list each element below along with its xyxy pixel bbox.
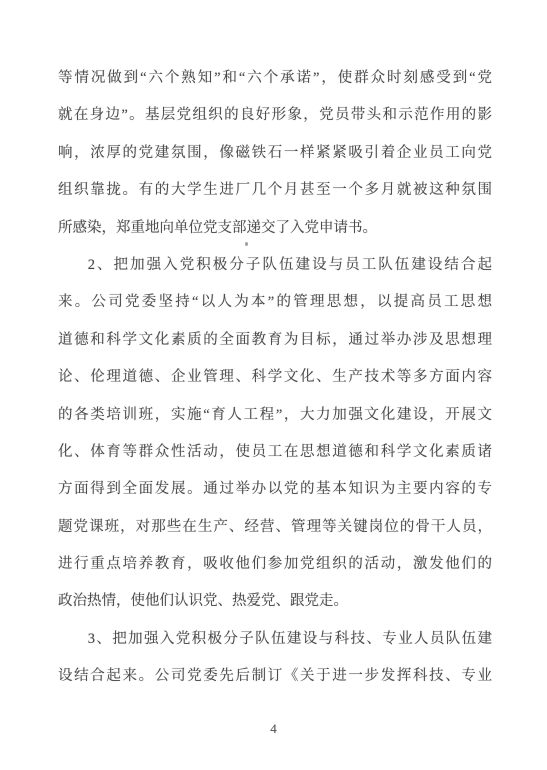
text-line: 进行重点培养教育，吸收他们参加党组织的活动，激发他们的: [58, 546, 492, 583]
scan-speck: [245, 242, 248, 246]
text-line: 3、把加强入党积极分子队伍建设与科技、专业人员队伍建: [58, 621, 492, 658]
body-text: 等情况做到“六个熟知”和“六个承诺”，使群众时刻感受到“党 就在身边”。基层党组…: [58, 60, 492, 696]
text-line: 题党课班，对那些在生产、经营、管理等关键岗位的骨干人员，: [58, 509, 492, 546]
text-line: 论、伦理道德、企业管理、科学文化、生产技术等多方面内容: [58, 359, 492, 396]
text-line: 2、把加强入党积极分子队伍建设与员工队伍建设结合起: [58, 247, 492, 284]
text-line: 方面得到全面发展。通过举办以党的基本知识为主要内容的专: [58, 471, 492, 508]
text-line: 来。公司党委坚持“以人为本”的管理思想，以提高员工思想: [58, 284, 492, 321]
text-line: 所感染，郑重地向单位党支部递交了入党申请书。: [58, 210, 492, 247]
document-page: 等情况做到“六个熟知”和“六个承诺”，使群众时刻感受到“党 就在身边”。基层党组…: [0, 0, 547, 770]
text-line: 就在身边”。基层党组织的良好形象，党员带头和示范作用的影: [58, 97, 492, 134]
text-line: 等情况做到“六个熟知”和“六个承诺”，使群众时刻感受到“党: [58, 60, 492, 97]
text-line: 设结合起来。公司党委先后制订《关于进一步发挥科技、专业: [58, 658, 492, 695]
text-line: 化、体育等群众性活动，使员工在思想道德和科学文化素质诸: [58, 434, 492, 471]
text-line: 政治热情，使他们认识党、热爱党、跟党走。: [58, 583, 492, 620]
text-line: 的各类培训班，实施“育人工程”，大力加强文化建设，开展文: [58, 397, 492, 434]
page-number: 4: [0, 721, 547, 737]
text-line: 响，浓厚的党建氛围，像磁铁石一样紧紧吸引着企业员工向党: [58, 135, 492, 172]
text-line: 道德和科学文化素质的全面教育为目标，通过举办涉及思想理: [58, 322, 492, 359]
text-line: 组织靠拢。有的大学生进厂几个月甚至一个多月就被这种氛围: [58, 172, 492, 209]
